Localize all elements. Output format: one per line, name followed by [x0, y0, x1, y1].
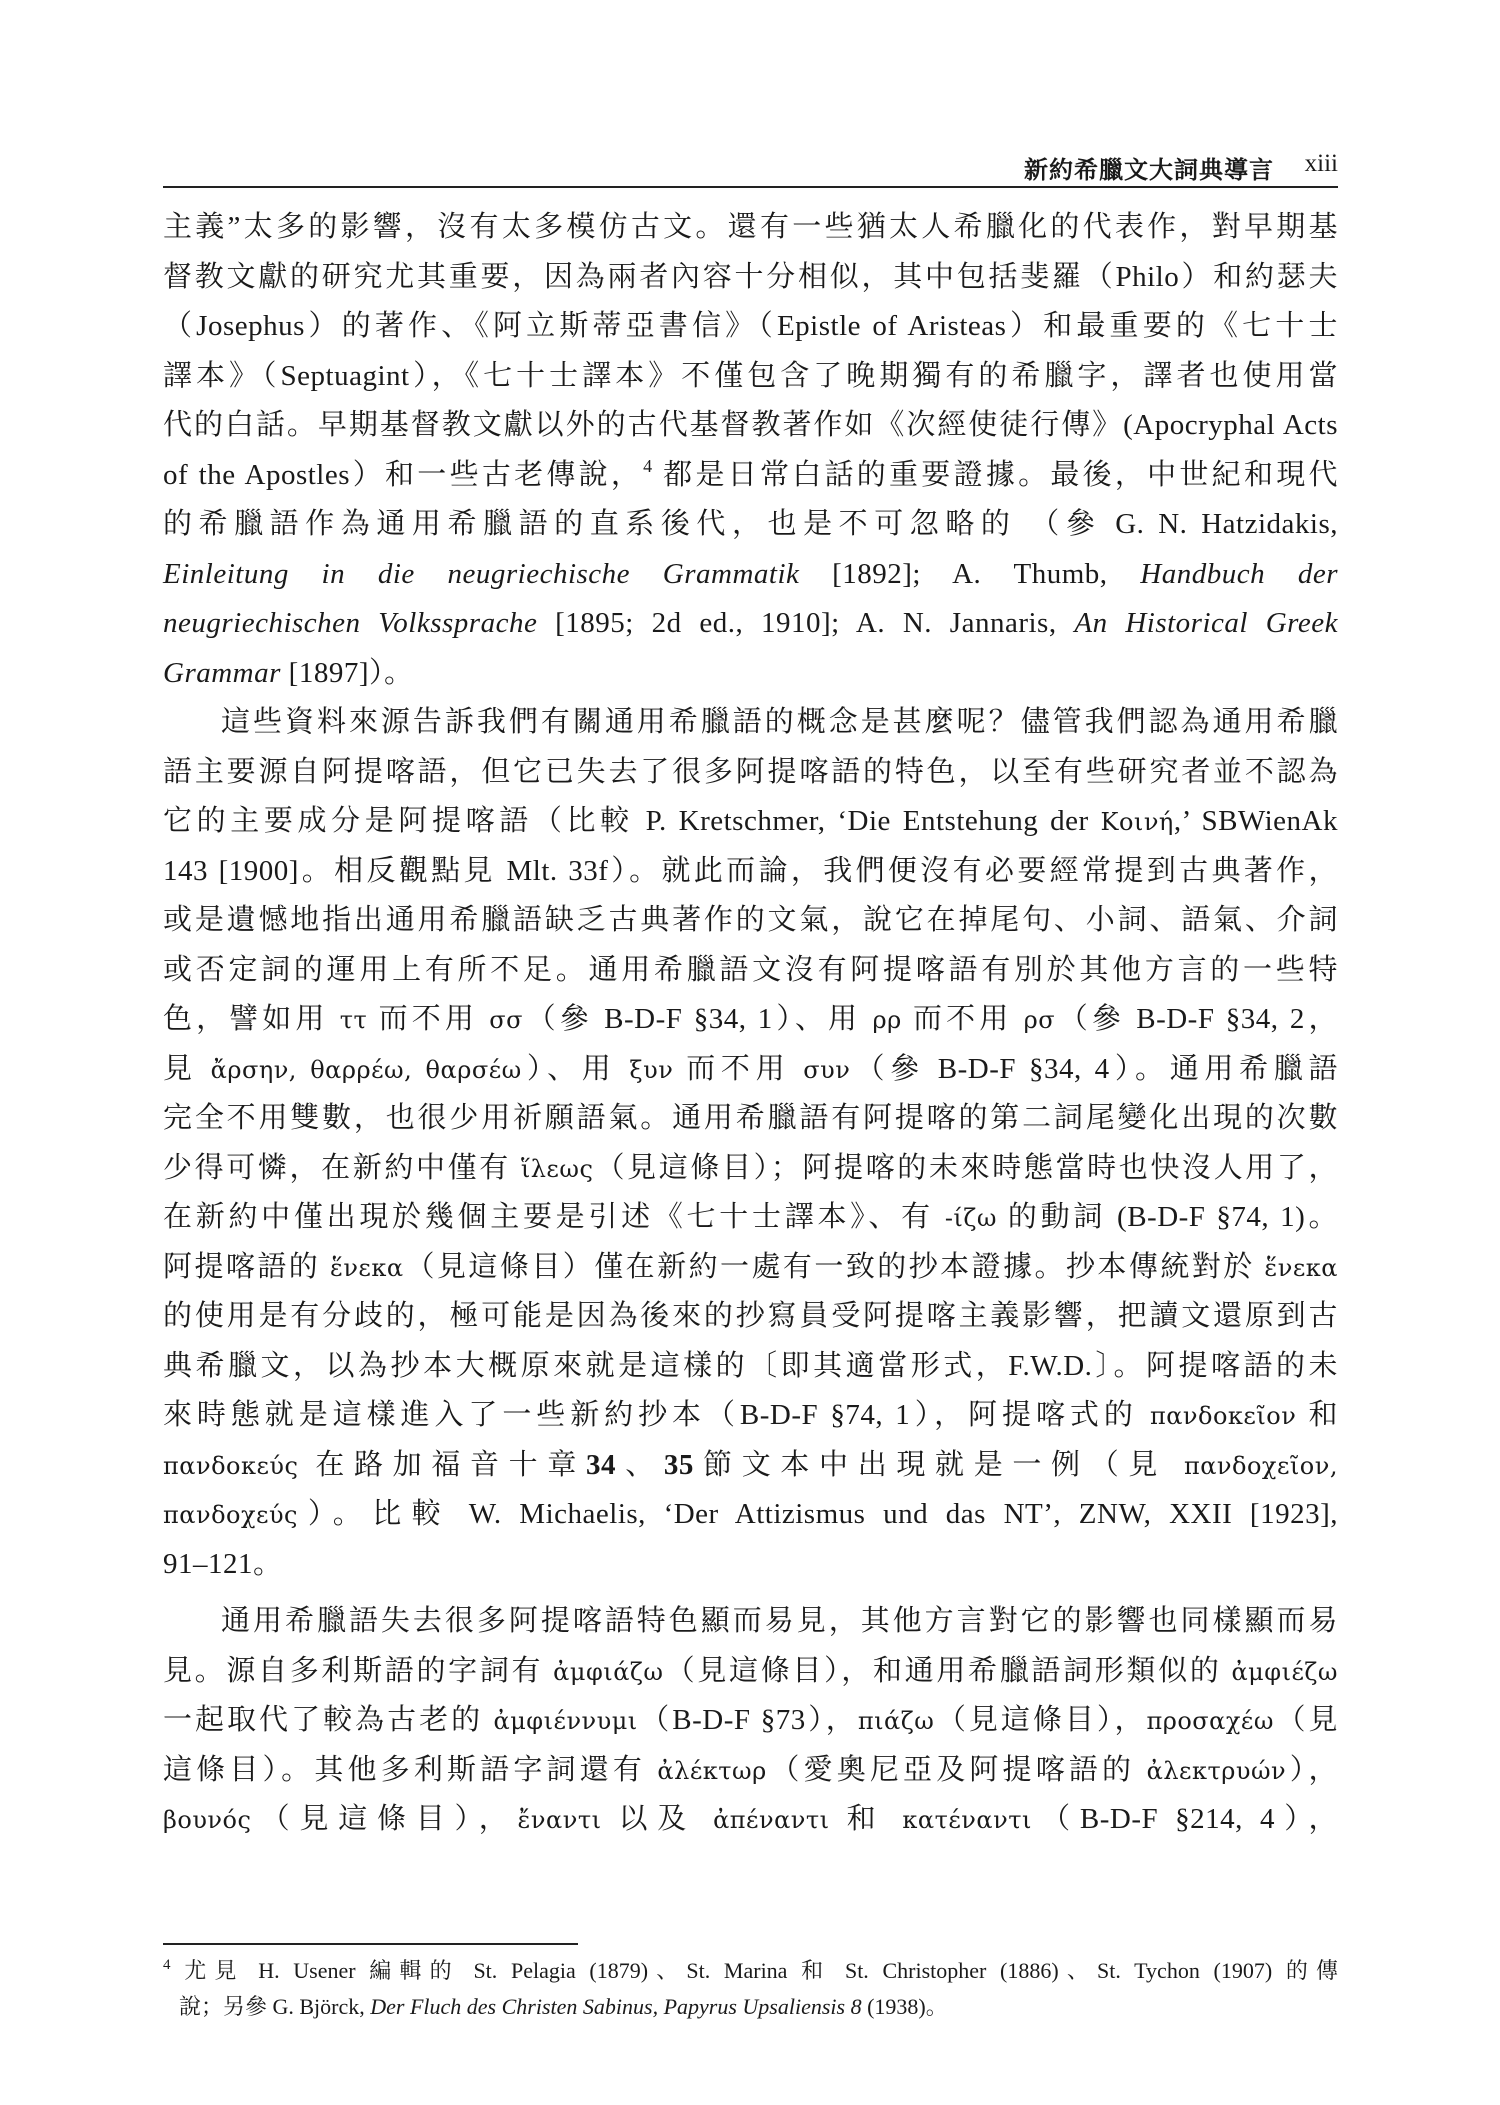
paragraph-start: 通用希臘語失去很多阿提喀語特色顯而易見，其他方言對它的影響也同樣顯而易: [163, 1597, 1338, 1647]
page-number: xiii: [1305, 150, 1338, 178]
text-line: πανδοκεύς 在路加福音十章34、35節文本中出現就是一例（見 πανδο…: [163, 1441, 1338, 1491]
text-line: 的希臘語作為通用希臘語的直系後代，也是不可忽略的 （參 G. N. Hatzid…: [163, 500, 1338, 550]
text-line: 少得可憐，在新約中僅有 ἵλεως（見這條目）；阿提喀的未來時態當時也快沒人用了…: [163, 1144, 1338, 1194]
text-line: 143 [1900]。相反觀點見 Mlt. 33f）。就此而論，我們便沒有必要經…: [163, 847, 1338, 897]
text-line: 或否定詞的運用上有所不足。通用希臘語文沒有阿提喀語有別於其他方言的一些特: [163, 946, 1338, 996]
text-line: βουνός（見這條目），ἔναντι 以及 ἀπέναντι 和 κατένα…: [163, 1795, 1338, 1845]
footnote-ref-4[interactable]: 4: [643, 456, 653, 476]
text-line: 督教文獻的研究尤其重要，因為兩者內容十分相似，其中包括斐羅（Philo）和約瑟夫: [163, 253, 1338, 303]
running-title: 新約希臘文大詞典導言: [1024, 150, 1274, 185]
text-line: 這條目）。其他多利斯語字詞還有 ἀλέκτωρ（愛奧尼亞及阿提喀語的 ἀλεκτ…: [163, 1746, 1338, 1796]
text-line: 主義”太多的影響，沒有太多模仿古文。還有一些猶太人希臘化的代表作，對早期基: [163, 203, 1338, 253]
footnote-divider: [163, 1943, 578, 1945]
text-line: （Josephus）的著作、《阿立斯蒂亞書信》（Epistle of Arist…: [163, 302, 1338, 352]
text-line: 或是遺憾地指出通用希臘語缺乏古典著作的文氣，說它在掉尾句、小詞、語氣、介詞: [163, 896, 1338, 946]
text-line: πανδοχεύς）。比較 W. Michaelis, ‘Der Attizis…: [163, 1490, 1338, 1540]
running-header: 新約希臘文大詞典導言 xiii: [163, 148, 1338, 188]
text-line: 見 ἄρσην, θαρρέω, θαρσέω）、用 ξυν 而不用 συν（參…: [163, 1045, 1338, 1095]
text-line: 的使用是有分歧的，極可能是因為後來的抄寫員受阿提喀主義影響，把讀文還原到古: [163, 1292, 1338, 1342]
text-line: of the Apostles）和一些古老傳說，4 都是日常白話的重要證據。最後…: [163, 451, 1338, 501]
paragraph-gap: [163, 1589, 1338, 1597]
text-line: Einleitung in die neugriechische Grammat…: [163, 550, 1338, 600]
paragraph-start: 這些資料來源告訴我們有關通用希臘語的概念是甚麼呢？儘管我們認為通用希臘: [163, 698, 1338, 748]
footnotes: 4 尤見 H. Usener 編輯的 St. Pelagia (1879)、St…: [163, 1953, 1338, 2025]
text-line: 見。源自多利斯語的字詞有 ἀμφιάζω（見這條目），和通用希臘語詞形類似的 ἀ…: [163, 1647, 1338, 1697]
text-line: 在新約中僅出現於幾個主要是引述《七十士譯本》、有 -ίζω 的動詞 (B-D-F…: [163, 1193, 1338, 1243]
footnote-marker: 4: [163, 1957, 171, 1973]
text-line: 它的主要成分是阿提喀語（比較 P. Kretschmer, ‘Die Entst…: [163, 797, 1338, 847]
footnote-4: 4 尤見 H. Usener 編輯的 St. Pelagia (1879)、St…: [163, 1953, 1338, 1989]
text-line: neugriechischen Volkssprache [1895; 2d e…: [163, 599, 1338, 649]
text-line: Grammar [1897]）。: [163, 649, 1338, 699]
text-line: 典希臘文，以為抄本大概原來就是這樣的〔即其適當形式，F.W.D.〕。阿提喀語的未: [163, 1342, 1338, 1392]
footnote-4-continuation: 說；另參 G. Björck, Der Fluch des Christen S…: [163, 1989, 1338, 2025]
text-line: 譯本》（Septuagint），《七十士譯本》不僅包含了晚期獨有的希臘字，譯者也…: [163, 352, 1338, 402]
text-line: 阿提喀語的 ἕνεκα（見這條目）僅在新約一處有一致的抄本證據。抄本傳統對於 ἕ…: [163, 1243, 1338, 1293]
main-text: 主義”太多的影響，沒有太多模仿古文。還有一些猶太人希臘化的代表作，對早期基 督教…: [163, 203, 1338, 1845]
text-line: 一起取代了較為古老的 ἀμφιέννυμι（B-D-F §73），πιάζω（見…: [163, 1696, 1338, 1746]
text-line: 語主要源自阿提喀語，但它已失去了很多阿提喀語的特色，以至有些研究者並不認為: [163, 748, 1338, 798]
text-line: 代的白話。早期基督教文獻以外的古代基督教著作如《次經使徒行傳》(Apocryph…: [163, 401, 1338, 451]
text-line: 來時態就是這樣進入了一些新約抄本（B-D-F §74, 1），阿提喀式的 παν…: [163, 1391, 1338, 1441]
text-line: 完全不用雙數，也很少用祈願語氣。通用希臘語有阿提喀的第二詞尾變化出現的次數: [163, 1094, 1338, 1144]
text-line: 色，譬如用 ττ 而不用 σσ（參 B-D-F §34, 1）、用 ρρ 而不用…: [163, 995, 1338, 1045]
text-line: 91–121。: [163, 1540, 1338, 1590]
